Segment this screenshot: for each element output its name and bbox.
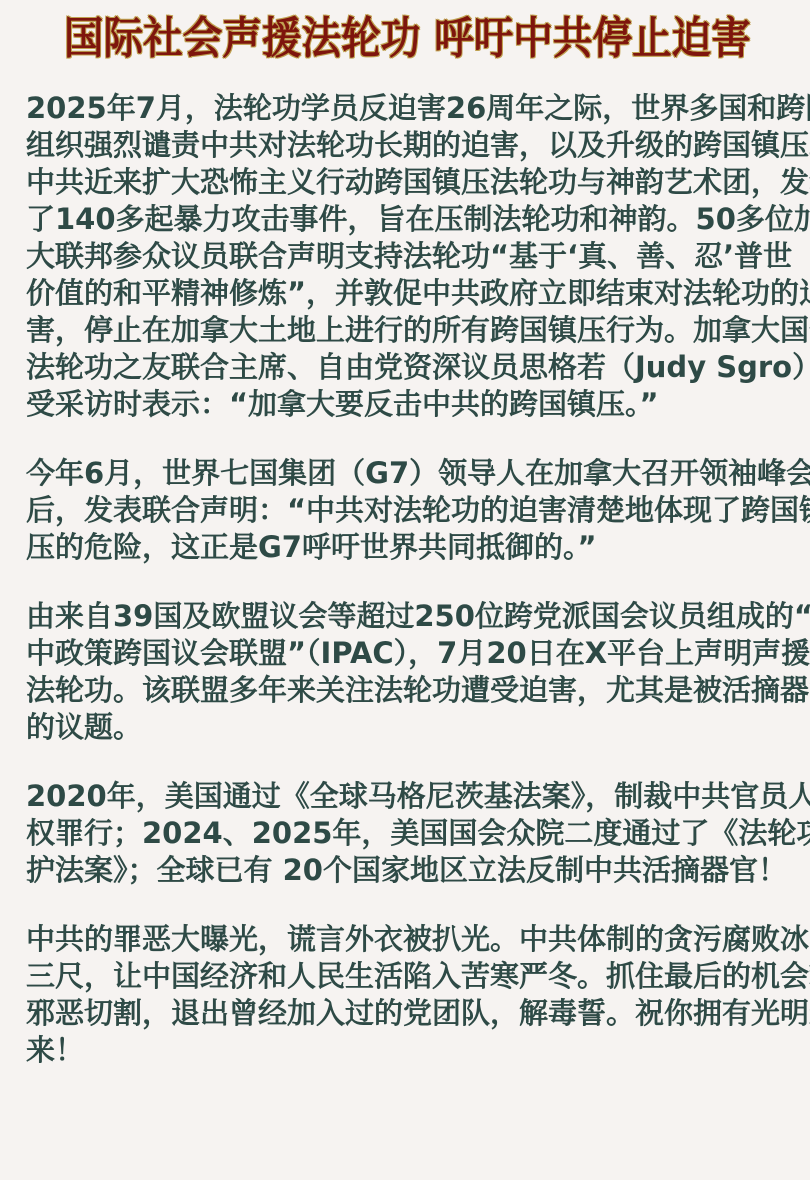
text-line: 中共近来扩大恐怖主义行动跨国镇压法轮功与神韵艺术团，发动 bbox=[26, 164, 784, 201]
paragraph: 今年6月，世界七国集团（G7）领导人在加拿大召开领袖峰会之后，发表联合声明：“中… bbox=[26, 455, 784, 566]
paragraph: 2025年7月，法轮功学员反迫害26周年之际，世界多国和跨国组织强烈谴责中共对法… bbox=[26, 90, 784, 423]
text-line: 护法案》；全球已有 20个国家地区立法反制中共活摘器官！ bbox=[26, 852, 784, 889]
text-line: 今年6月，世界七国集团（G7）领导人在加拿大召开领袖峰会之 bbox=[26, 455, 784, 492]
text-line: 受采访时表示：“加拿大要反击中共的跨国镇压。” bbox=[26, 386, 784, 423]
text-line: 的议题。 bbox=[26, 709, 784, 746]
text-line: 后，发表联合声明：“中共对法轮功的迫害清楚地体现了跨国镇 bbox=[26, 492, 784, 529]
text-line: 中共的罪恶大曝光，谎言外衣被扒光。中共体制的贪污腐败冰冻 bbox=[26, 921, 784, 958]
text-line: 大联邦参众议员联合声明支持法轮功“基于‘真、善、忍’普世 bbox=[26, 238, 784, 275]
text-line: 压的危险，这正是G7呼吁世界共同抵御的。” bbox=[26, 529, 784, 566]
text-line: 2020年，美国通过《全球马格尼茨基法案》，制裁中共官员人 bbox=[26, 778, 784, 815]
paragraph: 由来自39国及欧盟议会等超过250位跨党派国会议员组成的“对中政策跨国议会联盟”… bbox=[26, 598, 784, 746]
text-line: 权罪行；2024、2025年，美国国会众院二度通过了《法轮功保 bbox=[26, 815, 784, 852]
text-line: 法轮功之友联合主席、自由党资深议员思格若（Judy Sgro）接 bbox=[26, 349, 784, 386]
text-line: 了140多起暴力攻击事件，旨在压制法轮功和神韵。50多位加拿 bbox=[26, 201, 784, 238]
paragraph: 2020年，美国通过《全球马格尼茨基法案》，制裁中共官员人权罪行；2024、20… bbox=[26, 778, 784, 889]
text-line: 由来自39国及欧盟议会等超过250位跨党派国会议员组成的“对 bbox=[26, 598, 784, 635]
text-line: 害，停止在加拿大土地上进行的所有跨国镇压行为。加拿大国会 bbox=[26, 312, 784, 349]
article-body: 2025年7月，法轮功学员反迫害26周年之际，世界多国和跨国组织强烈谴责中共对法… bbox=[26, 90, 784, 1069]
paragraph: 中共的罪恶大曝光，谎言外衣被扒光。中共体制的贪污腐败冰冻三尺，让中国经济和人民生… bbox=[26, 921, 784, 1069]
text-line: 来！ bbox=[26, 1032, 784, 1069]
text-line: 三尺，让中国经济和人民生活陷入苦寒严冬。抓住最后的机会和 bbox=[26, 958, 784, 995]
text-line: 法轮功。该联盟多年来关注法轮功遭受迫害，尤其是被活摘器官 bbox=[26, 672, 784, 709]
text-line: 2025年7月，法轮功学员反迫害26周年之际，世界多国和跨国 bbox=[26, 90, 784, 127]
text-line: 组织强烈谴责中共对法轮功长期的迫害，以及升级的跨国镇压。 bbox=[26, 127, 784, 164]
page-title: 国际社会声援法轮功 呼吁中共停止迫害 bbox=[64, 14, 746, 64]
text-line: 价值的和平精神修炼”，并敦促中共政府立即结束对法轮功的迫 bbox=[26, 275, 784, 312]
text-line: 邪恶切割，退出曾经加入过的党团队，解毒誓。祝你拥有光明未 bbox=[26, 995, 784, 1032]
flyer-page: 国际社会声援法轮功 呼吁中共停止迫害 2025年7月，法轮功学员反迫害26周年之… bbox=[0, 0, 810, 1180]
text-line: 中政策跨国议会联盟”（IPAC），7月20日在X平台上声明声援 bbox=[26, 635, 784, 672]
